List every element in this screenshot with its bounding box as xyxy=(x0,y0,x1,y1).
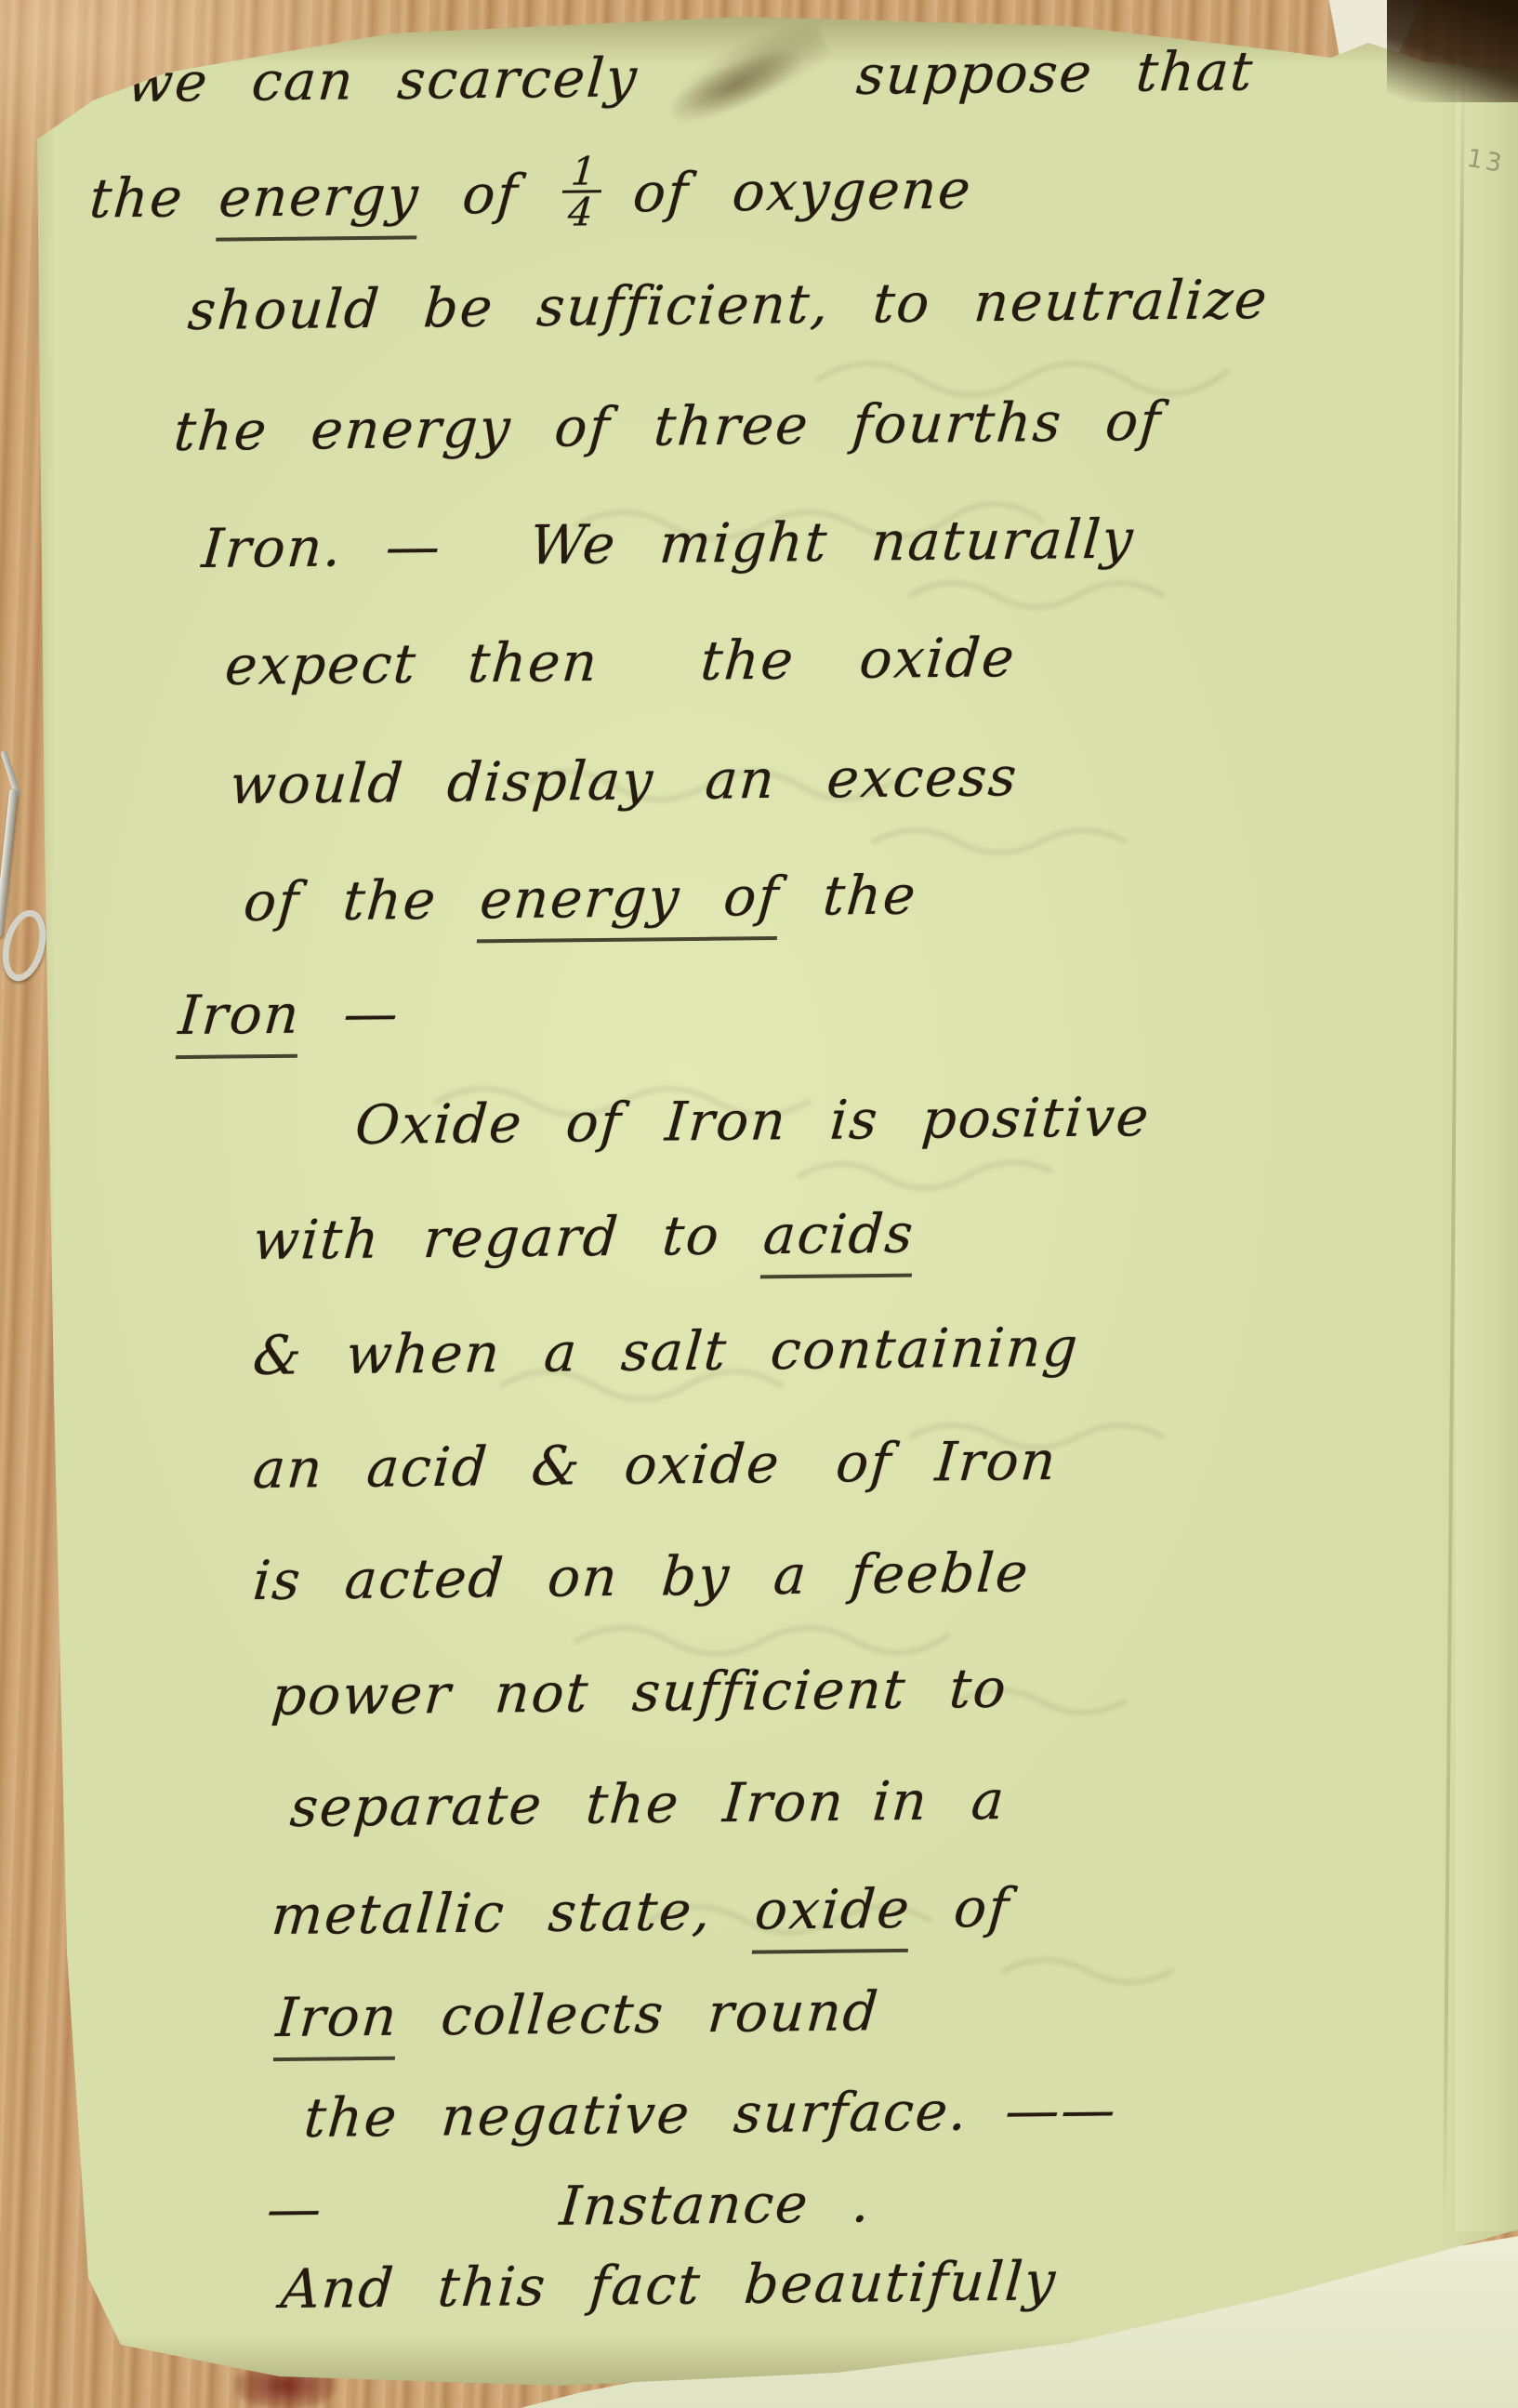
manuscript-text: an acid & oxide xyxy=(251,1432,783,1501)
manuscript-line: would displayanexcess xyxy=(228,745,1021,816)
pencil-page-number: 13 xyxy=(1465,144,1507,179)
manuscript-text: Iron xyxy=(273,1985,401,2061)
manuscript-text: And this fact beautifully xyxy=(279,2249,1060,2321)
manuscript-text: of oxygene xyxy=(631,158,975,225)
manuscript-text: energy of xyxy=(477,865,783,943)
manuscript-text: energy xyxy=(216,164,422,241)
manuscript-line: expectthentheoxide xyxy=(223,626,1018,697)
manuscript-line: of the energy of the xyxy=(242,863,919,933)
ink-smudge xyxy=(657,6,838,145)
manuscript-text: the xyxy=(87,165,186,230)
manuscript-page: we can scarcelysuppose thattheenergy of … xyxy=(0,0,1518,2408)
manuscript-text: is acted on by a feeble xyxy=(251,1541,1032,1612)
manuscript-line: Iron collects round xyxy=(274,1979,882,2049)
manuscript-line: Oxide of Iron is positive xyxy=(353,1085,1153,1157)
manuscript-text: —— xyxy=(1003,2078,1119,2142)
manuscript-text: Iron xyxy=(176,983,303,1059)
manuscript-text: with regard to xyxy=(251,1203,766,1272)
manuscript-line: is acted on by a feeble xyxy=(251,1541,1032,1612)
manuscript-text: separate the Iron xyxy=(288,1770,848,1839)
manuscript-line: And this fact beautifully xyxy=(279,2249,1060,2321)
manuscript-text: power not sufficient to xyxy=(270,1657,1010,1727)
page-edge-highlight xyxy=(1456,56,1518,2231)
manuscript-line: should be sufficient, to neutralize xyxy=(186,268,1271,342)
manuscript-line: metallic state, oxide of xyxy=(270,1876,1013,1947)
manuscript-line: separate the Ironin a xyxy=(288,1768,1009,1839)
manuscript-text: — xyxy=(265,2176,325,2241)
shadow-corner xyxy=(1387,0,1518,102)
fraction-one-quarter: 14 xyxy=(560,154,605,229)
manuscript-text: the xyxy=(777,863,919,928)
manuscript-line: —Instance . xyxy=(265,2171,874,2241)
manuscript-text: acids xyxy=(760,1202,917,1279)
manuscript-text: & when a salt containing xyxy=(251,1316,1082,1387)
manuscript-text: then xyxy=(466,630,601,695)
manuscript-text: suppose that xyxy=(854,39,1257,107)
manuscript-line: theenergy of 14of oxygene xyxy=(87,151,975,233)
manuscript-text: oxide xyxy=(857,626,1018,691)
manuscript-text: collects round xyxy=(396,1979,882,2047)
manuscript-line: the negative surface.—— xyxy=(302,2078,1120,2150)
manuscript-text: Iron. — xyxy=(200,514,444,580)
manuscript-text: of xyxy=(908,1876,1012,1940)
manuscript-text: Oxide of Iron is positive xyxy=(353,1085,1153,1157)
manuscript-text: should be sufficient, to neutralize xyxy=(186,268,1271,342)
manuscript-text: of Iron xyxy=(834,1429,1060,1495)
manuscript-line: an acid & oxideof Iron xyxy=(251,1429,1060,1501)
photographed-manuscript-scene: we can scarcelysuppose thattheenergy of … xyxy=(0,0,1518,2408)
manuscript-text: the energy of three fourths of xyxy=(172,390,1165,463)
manuscript-text: an xyxy=(703,748,778,812)
manuscript-text: would display xyxy=(228,748,657,816)
manuscript-line: Iron — xyxy=(177,982,403,1048)
manuscript-line: Iron. —We might naturally xyxy=(200,507,1137,580)
manuscript-text: — xyxy=(298,982,403,1046)
manuscript-line: & when a salt containing xyxy=(251,1316,1082,1387)
manuscript-text: metallic state, xyxy=(270,1879,758,1948)
manuscript-text: expect xyxy=(223,632,420,697)
manuscript-line: with regard to acids xyxy=(251,1202,917,1273)
manuscript-line: the energy of three fourths of xyxy=(172,390,1165,463)
manuscript-text: Instance . xyxy=(558,2171,874,2238)
manuscript-text: of xyxy=(417,162,564,227)
manuscript-text: excess xyxy=(825,745,1021,810)
manuscript-line: power not sufficient to xyxy=(270,1657,1010,1727)
manuscript-text: the xyxy=(698,628,797,693)
manuscript-text: oxide xyxy=(752,1877,914,1954)
manuscript-text: We might naturally xyxy=(528,507,1137,576)
manuscript-text: the negative surface. xyxy=(302,2080,971,2150)
manuscript-text: in a xyxy=(870,1768,1008,1833)
manuscript-text: of the xyxy=(242,867,482,933)
